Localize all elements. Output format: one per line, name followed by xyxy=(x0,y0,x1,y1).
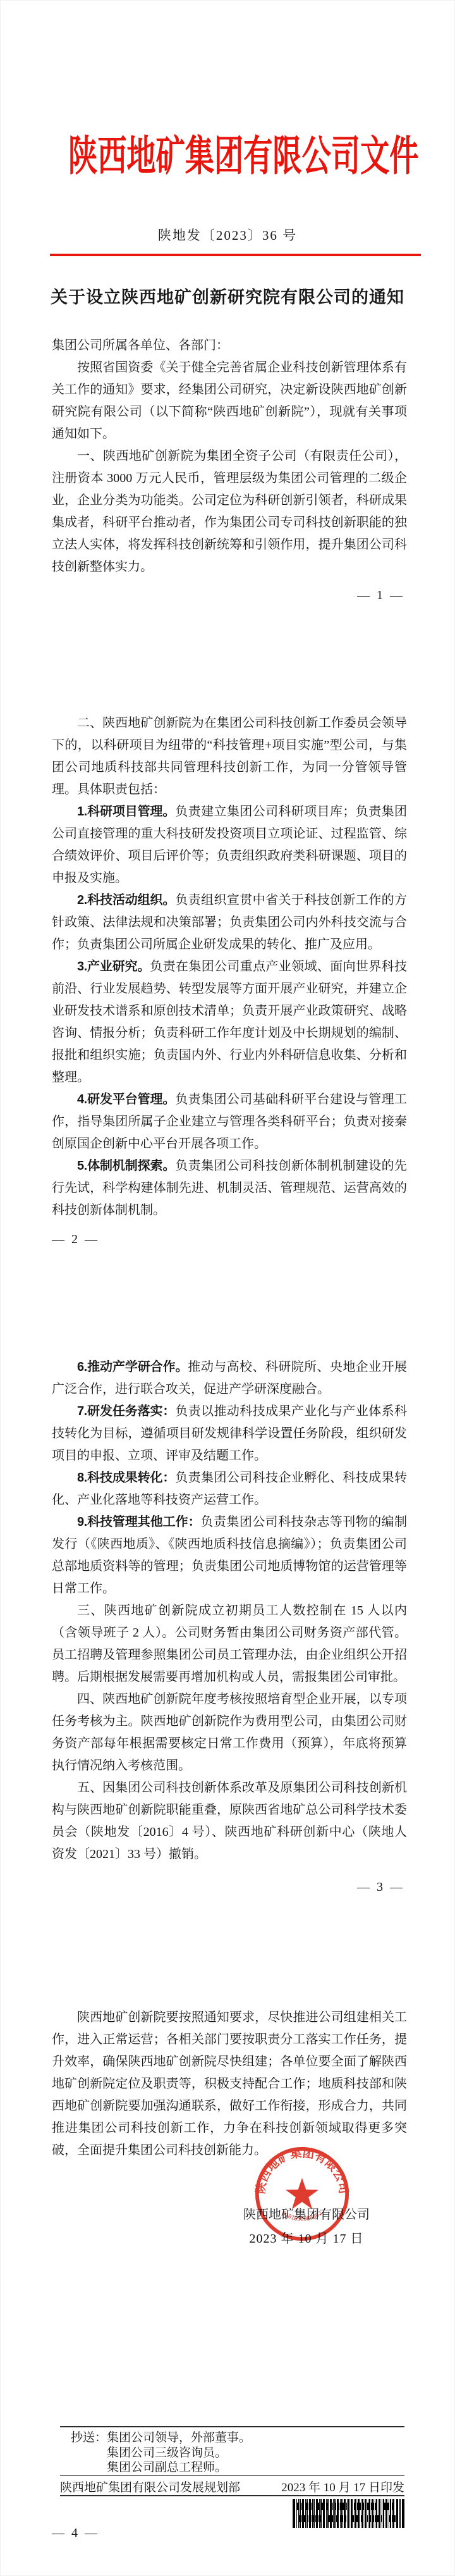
page-number-1: — 1 — xyxy=(357,588,404,603)
issuer-department: 陕西地矿集团有限公司发展规划部 xyxy=(60,2478,240,2495)
footer-rule-middle xyxy=(60,2475,404,2476)
clause-7-lead: 7.研发任务落实： xyxy=(77,1404,175,1418)
clause-3: 3.产业研究。负责在集团公司重点产业领域、面向世界科技前沿、行业发展趋势、转型发… xyxy=(52,956,407,1089)
clause-9-lead: 9.科技管理其他工作： xyxy=(77,1515,201,1529)
footer-rule-top xyxy=(60,2426,404,2427)
red-letterhead-title: 陕西地矿集团有限公司文件 xyxy=(68,134,387,180)
official-seal: 陕西地矿集团有限公司 6101030088802 xyxy=(253,2145,351,2243)
clause-4: 4.研发平台管理。负责集团公司基础科研平台建设与管理工作，指导集团所属子企业建立… xyxy=(52,1089,407,1155)
body-page3: 6.推动产学研合作。推动与高校、科研院所、央地企业开展广泛合作，进行联合攻关，促… xyxy=(52,1356,407,1866)
clause-6-lead: 6.推动产学研合作。 xyxy=(77,1360,188,1374)
paragraph-item-four: 四、陕西地矿创新院年度考核按照培育型企业开展，以专项任务考核为主。陕西地矿创新院… xyxy=(52,1688,407,1777)
document-page: 陕西地矿集团有限公司文件 陕地发〔2023〕36 号 关于设立陕西地矿创新研究院… xyxy=(0,0,455,2576)
copy-to-item: 集团公司副总工程师。 xyxy=(107,2460,399,2475)
clause-1: 1.科研项目管理。负责建立集团公司科研项目库；负责集团公司直接管理的重大科技研发… xyxy=(52,801,407,889)
copy-to-block: 抄送： 集团公司领导，外部董事。 集团公司三级咨询员。 集团公司副总工程师。 xyxy=(71,2430,399,2475)
paragraph-item-two: 二、陕西地矿创新院为在集团公司科技创新工作委员会领导下的，以科研项目为纽带的“科… xyxy=(52,712,407,801)
clause-4-lead: 4.研发平台管理。 xyxy=(77,1093,175,1106)
clause-5: 5.体制机制探索。负责集团公司科技创新体制机制建设的先行先试，科学构建体制先进、… xyxy=(52,1155,407,1222)
footer-rule-bottom xyxy=(60,2495,404,2496)
paragraph-item-three: 三、陕西地矿创新院成立初期员工人数控制在 15 人以内（含领导班子 2 人）。公… xyxy=(52,1600,407,1688)
page-number-4: — 4 — xyxy=(52,2526,99,2541)
copy-to-items: 集团公司领导，外部董事。 集团公司三级咨询员。 集团公司副总工程师。 xyxy=(107,2430,399,2475)
clause-9: 9.科技管理其他工作：负责集团公司科技杂志等刊物的编制发行（《陕西地质》、《陕西… xyxy=(52,1511,407,1600)
page-number-2: — 2 — xyxy=(52,1232,99,1247)
clause-2-lead: 2.科技活动组织。 xyxy=(77,893,175,907)
clause-7: 7.研发任务落实：负责以推动科技成果产业化与产业体系科技转化为目标，遵循项目研发… xyxy=(52,1401,407,1467)
notice-title: 关于设立陕西地矿创新研究院有限公司的通知 xyxy=(0,283,455,308)
issuer-line: 陕西地矿集团有限公司发展规划部 2023 年 10 月 17 日印发 xyxy=(60,2478,404,2495)
barcode xyxy=(293,2499,404,2528)
salutation: 集团公司所属各单位、各部门： xyxy=(52,335,407,357)
paragraph-item-one: 一、陕西地矿创新院为集团全资子公司（有限责任公司），注册资本 3000 万元人民… xyxy=(52,445,407,578)
paragraph-item-five: 五、因集团公司科技创新体系改革及原集团公司科技创新机构与陕西地矿创新院职能重叠，… xyxy=(52,1777,407,1866)
clause-8-lead: 8.科技成果转化： xyxy=(77,1471,175,1485)
clause-2: 2.科技活动组织。负责组织宣贯中省关于科技创新工作的方针政策、法律法规和决策部署… xyxy=(52,889,407,956)
copy-to-item: 集团公司领导，外部董事。 xyxy=(107,2430,399,2446)
page-number-3: — 3 — xyxy=(357,1880,404,1895)
clause-1-lead: 1.科研项目管理。 xyxy=(77,805,175,819)
copy-to-item: 集团公司三级咨询员。 xyxy=(107,2446,399,2461)
body-page1: 集团公司所属各单位、各部门： 按照省国资委《关于健全完善省属企业科技创新管理体系… xyxy=(52,335,407,578)
red-divider-rule xyxy=(50,254,421,256)
body-page4: 陕西地矿创新院要按照通知要求，尽快推进公司组建相关工作，进入正常运营；各相关部门… xyxy=(52,2007,407,2162)
clause-6: 6.推动产学研合作。推动与高校、科研院所、央地企业开展广泛合作，进行联合攻关，促… xyxy=(52,1356,407,1401)
document-number: 陕地发〔2023〕36 号 xyxy=(0,225,455,244)
paragraph-closing: 陕西地矿创新院要按照通知要求，尽快推进公司组建相关工作，进入正常运营；各相关部门… xyxy=(52,2007,407,2162)
seal-star-icon xyxy=(286,2178,318,2209)
clause-8: 8.科技成果转化：负责集团公司科技企业孵化、科技成果转化、产业化落地等科技资产运… xyxy=(52,1467,407,1511)
svg-text:6101030088802: 6101030088802 xyxy=(281,2210,323,2223)
clause-3-text: 负责在集团公司重点产业领域、面向世界科技前沿、行业发展趋势、转型发展等方面开展产… xyxy=(52,960,407,1084)
seal-code: 6101030088802 xyxy=(281,2210,323,2223)
clause-3-lead: 3.产业研究。 xyxy=(77,960,150,974)
paragraph-intro: 按照省国资委《关于健全完善省属企业科技创新管理体系有关工作的通知》要求，经集团公… xyxy=(52,357,407,445)
body-page2: 二、陕西地矿创新院为在集团公司科技创新工作委员会领导下的，以科研项目为纽带的“科… xyxy=(52,712,407,1222)
clause-5-lead: 5.体制机制探索。 xyxy=(77,1159,175,1173)
print-date: 2023 年 10 月 17 日印发 xyxy=(281,2478,404,2495)
copy-to-label: 抄送： xyxy=(71,2430,107,2475)
